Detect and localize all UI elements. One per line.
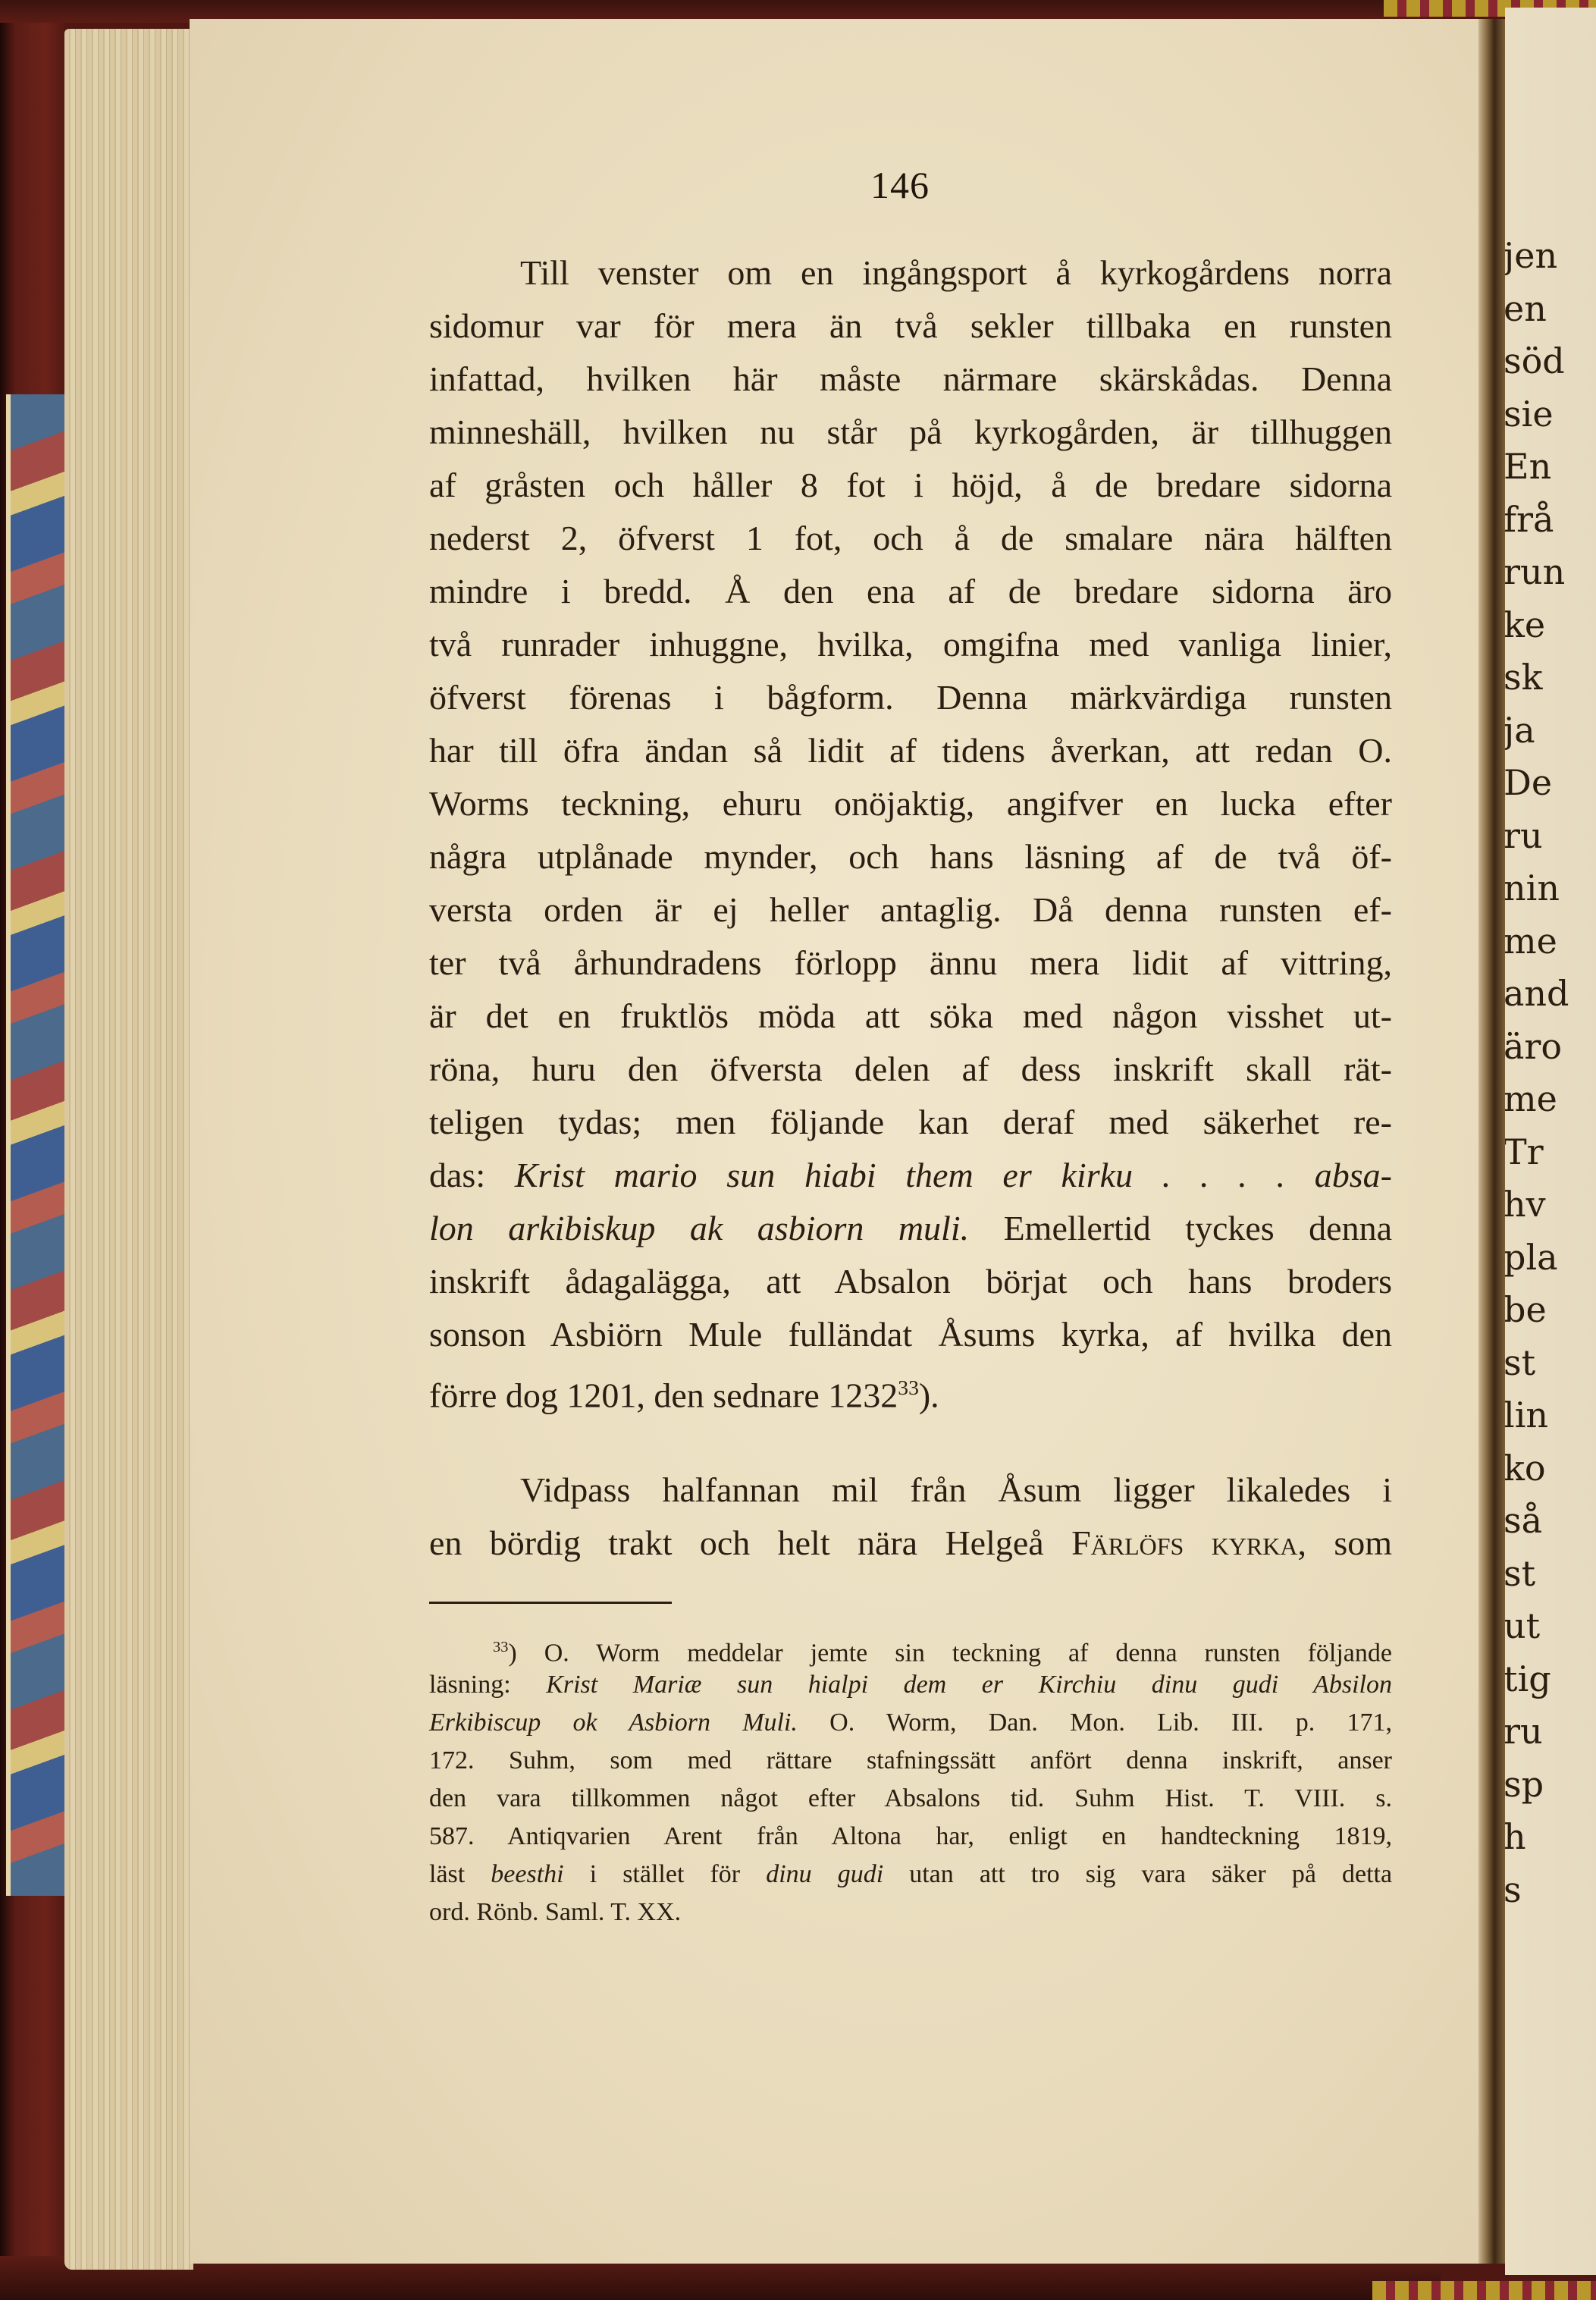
- text-line: lon arkibiskup ak asbiorn muli. Emellert…: [429, 1206, 1392, 1251]
- text-line: af gråsten och håller 8 fot i höjd, å de…: [429, 463, 1392, 508]
- adjacent-page-fragment: nin: [1505, 868, 1560, 908]
- footnote-marker: 33: [493, 1639, 508, 1655]
- text-span: O. Worm, Dan. Mon. Lib. III. p. 171,: [829, 1709, 1392, 1737]
- footnote-line: Erkibiscup ok Asbiorn Muli. O. Worm, Dan…: [429, 1708, 1392, 1738]
- adjacent-page-fragment: st: [1505, 1342, 1535, 1383]
- text-line: öfverst förenas i bågform. Denna märkvär…: [429, 675, 1392, 720]
- text-line: sidomur var för mera än två sekler tillb…: [429, 303, 1392, 349]
- adjacent-page-fragment: sp: [1505, 1764, 1544, 1805]
- adjacent-page-fragment: äro: [1505, 1026, 1562, 1067]
- runic-transcription: lon arkibiskup ak asbiorn muli.: [429, 1209, 969, 1247]
- text-span: läst: [429, 1860, 465, 1888]
- text-line: är det en fruktlös möda att söka med någ…: [429, 993, 1392, 1039]
- text-span: ).: [919, 1376, 939, 1414]
- text-line: sonson Asbiörn Mule fulländat Åsums kyrk…: [429, 1312, 1392, 1357]
- adjacent-page-fragment: h: [1505, 1816, 1526, 1857]
- headband-bottom: [1372, 2281, 1596, 2300]
- text-line: versta orden är ej heller antaglig. Då d…: [429, 887, 1392, 933]
- text-span: förre dog 1201, den sednare 1232: [429, 1376, 898, 1414]
- page-number: 146: [870, 163, 930, 207]
- adjacent-page-fragment: run: [1505, 551, 1565, 592]
- text-line: infattad, hvilken här måste närmare skär…: [429, 356, 1392, 402]
- text-line: mindre i bredd. Å den ena af de bredare …: [429, 569, 1392, 614]
- adjacent-page-fragment: söd: [1505, 340, 1565, 381]
- adjacent-page-fragment: ru: [1505, 1711, 1543, 1752]
- text-line: ter två århundradens förlopp ännu mera l…: [429, 940, 1392, 986]
- adjacent-page-fragment: en: [1505, 288, 1547, 329]
- text-span: das:: [429, 1156, 485, 1194]
- adjacent-page: jenensödsieEnfrårunkeskjaDeruninmeandäro…: [1505, 8, 1596, 2275]
- page-stack-edges: [64, 29, 193, 2270]
- adjacent-page-fragment: ko: [1505, 1448, 1546, 1489]
- adjacent-page-fragment: lin: [1505, 1395, 1548, 1436]
- text-line: några utplånade mynder, och hans läsning…: [429, 834, 1392, 880]
- footnote-line: 172. Suhm, som med rättare stafningssätt…: [429, 1746, 1392, 1776]
- adjacent-page-fragment: jen: [1505, 235, 1557, 276]
- text-line: Vidpass halfannan mil från Åsum ligger l…: [520, 1467, 1392, 1513]
- church-name: Färlöfs kyrka: [1071, 1523, 1297, 1562]
- text-line: inskrift ådagalägga, att Absalon börjat …: [429, 1259, 1392, 1304]
- text-line: två runrader inhuggne, hvilka, omgifna m…: [429, 622, 1392, 667]
- text-span: ) O. Worm meddelar jemte sin teckning af…: [508, 1639, 1392, 1667]
- adjacent-page-fragment: sie: [1505, 394, 1554, 435]
- text-line: nederst 2, öfverst 1 fot, och å de smala…: [429, 516, 1392, 561]
- footnote-line: den vara tillkommen något efter Absalons…: [429, 1784, 1392, 1814]
- text-span: Emellertid tyckes denna: [1004, 1209, 1392, 1247]
- text-line: das: Krist mario sun hiabi them er kirku…: [429, 1153, 1392, 1198]
- runic-transcription: Erkibiscup ok Asbiorn Muli.: [429, 1709, 798, 1737]
- adjacent-page-fragment: and: [1505, 973, 1569, 1014]
- text-line: en bördig trakt och helt nära Helgeå Fär…: [429, 1520, 1392, 1566]
- footnote-line: läst beesthi i stället för dinu gudi uta…: [429, 1859, 1392, 1890]
- adjacent-page-fragment: De: [1505, 762, 1552, 803]
- text-line: har till öfra ändan så lidit af tidens å…: [429, 728, 1392, 773]
- text-span: en bördig trakt och helt nära Helgeå: [429, 1523, 1044, 1562]
- adjacent-page-fragment: sk: [1505, 657, 1542, 698]
- footnote-line: ord. Rönb. Saml. T. XX.: [429, 1897, 1392, 1928]
- text-span: , som: [1297, 1523, 1392, 1562]
- adjacent-page-fragment: tig: [1505, 1658, 1551, 1699]
- adjacent-page-fragment: frå: [1505, 499, 1554, 540]
- text-span: i stället för: [590, 1860, 740, 1888]
- text-line: minneshäll, hvilken nu står på kyrkogård…: [429, 409, 1392, 455]
- runic-transcription: Krist mario sun hiabi them er kirku . . …: [515, 1156, 1392, 1194]
- adjacent-page-fragment: hv: [1505, 1184, 1546, 1225]
- adjacent-page-fragment: me: [1505, 1078, 1557, 1119]
- adjacent-page-fragment: ja: [1505, 710, 1535, 751]
- text-line: förre dog 1201, den sednare 123233).: [429, 1365, 1392, 1418]
- footnote-line: läsning: Krist Mariæ sun hialpi dem er K…: [429, 1670, 1392, 1700]
- text-line: röna, huru den öfversta delen af dess in…: [429, 1046, 1392, 1092]
- adjacent-page-fragment: ru: [1505, 815, 1543, 856]
- footnote-line: 33) O. Worm meddelar jemte sin teckning …: [493, 1632, 1392, 1668]
- adjacent-page-fragment: st: [1505, 1553, 1535, 1594]
- book-gutter: [1478, 19, 1505, 2264]
- adjacent-page-fragment: be: [1505, 1289, 1547, 1330]
- footnote-reference[interactable]: 33: [898, 1376, 919, 1399]
- text-line: Till venster om en ingångsport å kyrkogå…: [520, 250, 1392, 296]
- marbled-endpaper: [6, 394, 71, 1896]
- adjacent-page-fragment: En: [1505, 446, 1551, 487]
- adjacent-page-fragment: s: [1505, 1869, 1522, 1910]
- italic-word: dinu gudi: [766, 1860, 883, 1888]
- adjacent-page-fragment: pla: [1505, 1237, 1558, 1278]
- footnote-line: 587. Antiqvarien Arent från Altona har, …: [429, 1821, 1392, 1852]
- text-line: teligen tydas; men följande kan deraf me…: [429, 1100, 1392, 1145]
- text-span: läsning:: [429, 1671, 511, 1699]
- runic-transcription: Krist Mariæ sun hialpi dem er Kirchiu di…: [546, 1671, 1392, 1699]
- adjacent-page-fragment: så: [1505, 1500, 1542, 1541]
- text-span: utan att tro sig vara säker på detta: [909, 1860, 1392, 1888]
- adjacent-page-fragment: ke: [1505, 604, 1545, 645]
- adjacent-page-fragment: Tr: [1505, 1131, 1544, 1172]
- adjacent-page-fragment: me: [1505, 921, 1557, 962]
- text-line: Worms teckning, ehuru onöjaktig, angifve…: [429, 781, 1392, 827]
- italic-word: beesthi: [491, 1860, 563, 1888]
- adjacent-page-fragment: ut: [1505, 1605, 1540, 1646]
- footnote-rule: [429, 1602, 672, 1604]
